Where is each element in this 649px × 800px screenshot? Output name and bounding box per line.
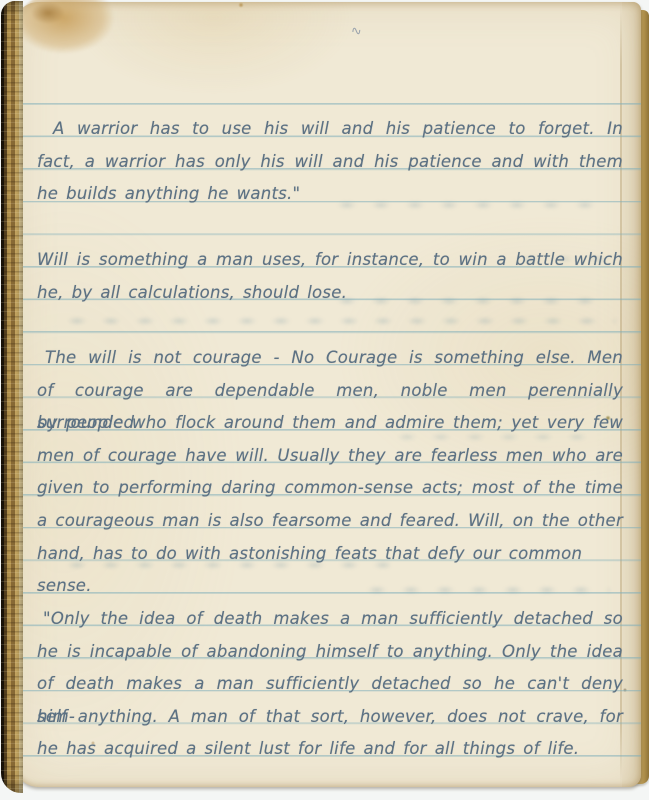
handwriting-line: he is incapable of abandoning himself to… [37,636,623,669]
handwriting-line: fact, a warrior has only his will and hi… [37,146,623,179]
handwriting-line: self anything. A man of that sort, howev… [37,701,623,734]
corner-stain [21,0,133,60]
handwriting-line: a courageous man is also fearsome and fe… [37,505,623,538]
handwriting-line: he, by all calculations, should lose. [37,277,623,310]
handwriting-paragraph-will-not-courage: The will is not courage - No Courage is … [37,342,623,570]
handwriting-line: "Only the idea of death makes a man suff… [37,603,623,636]
handwriting-line: The will is not courage - No Courage is … [37,342,623,375]
handwriting-line: A warrior has to use his will and his pa… [37,113,623,146]
handwriting-line: of courage are dependable men, noble men… [37,375,623,408]
handwriting-line: by people who flock around them and admi… [37,407,623,440]
handwriting-line: of death makes a man sufficiently detach… [37,668,623,701]
stray-pencil-mark-icon: ∿ [350,23,363,39]
handwriting-line: given to performing daring common-sense … [37,472,623,505]
handwriting-line: hand, has to do with astonishing feats t… [37,538,623,571]
notebook-scan: ∿ A warrior has to use his will and his … [0,0,649,800]
handwriting-line: men of courage have will. Usually they a… [37,440,623,473]
handwriting-line: Will is something a man uses, for instan… [37,244,623,277]
handwriting-line: he has acquired a silent lust for life a… [37,733,623,766]
handwriting-paragraph-idea-of-death: "Only the idea of death makes a man suff… [37,603,623,766]
handwriting-paragraph-will-battle: Will is something a man uses, for instan… [37,244,623,309]
handwriting-paragraph-warrior-will: A warrior has to use his will and his pa… [37,113,623,211]
page-stack-edge [1,1,23,793]
notebook-page: ∿ A warrior has to use his will and his … [13,2,641,787]
handwriting-line: he builds anything he wants." [37,178,623,211]
